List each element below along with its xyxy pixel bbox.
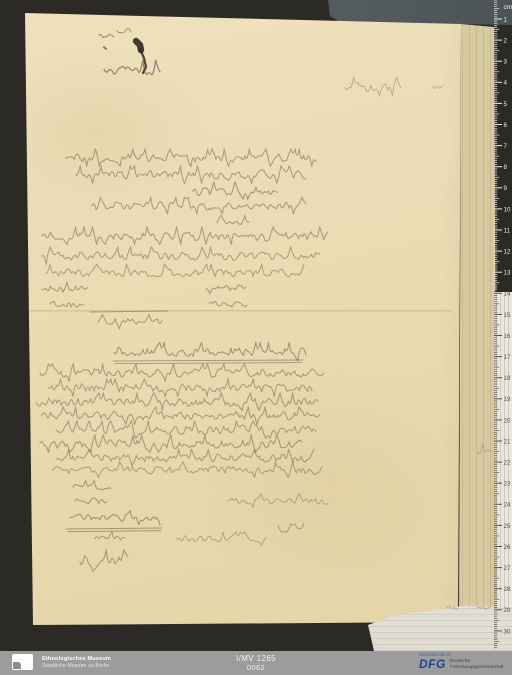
scan-viewport: cm12345678910111213141516171819202122232… xyxy=(0,0,512,675)
footer-bar: Ethnologisches Museum Staatliche Museen … xyxy=(0,651,512,675)
paper-fold-crease xyxy=(28,310,452,313)
dfg-name: Deutsche Forschungsgemeinschaft xyxy=(450,659,504,670)
dfg-logo: DFG xyxy=(419,658,446,670)
funding-branding: Gefördert durch DFG Deutsche Forschungsg… xyxy=(419,652,503,670)
document-page xyxy=(0,0,512,675)
